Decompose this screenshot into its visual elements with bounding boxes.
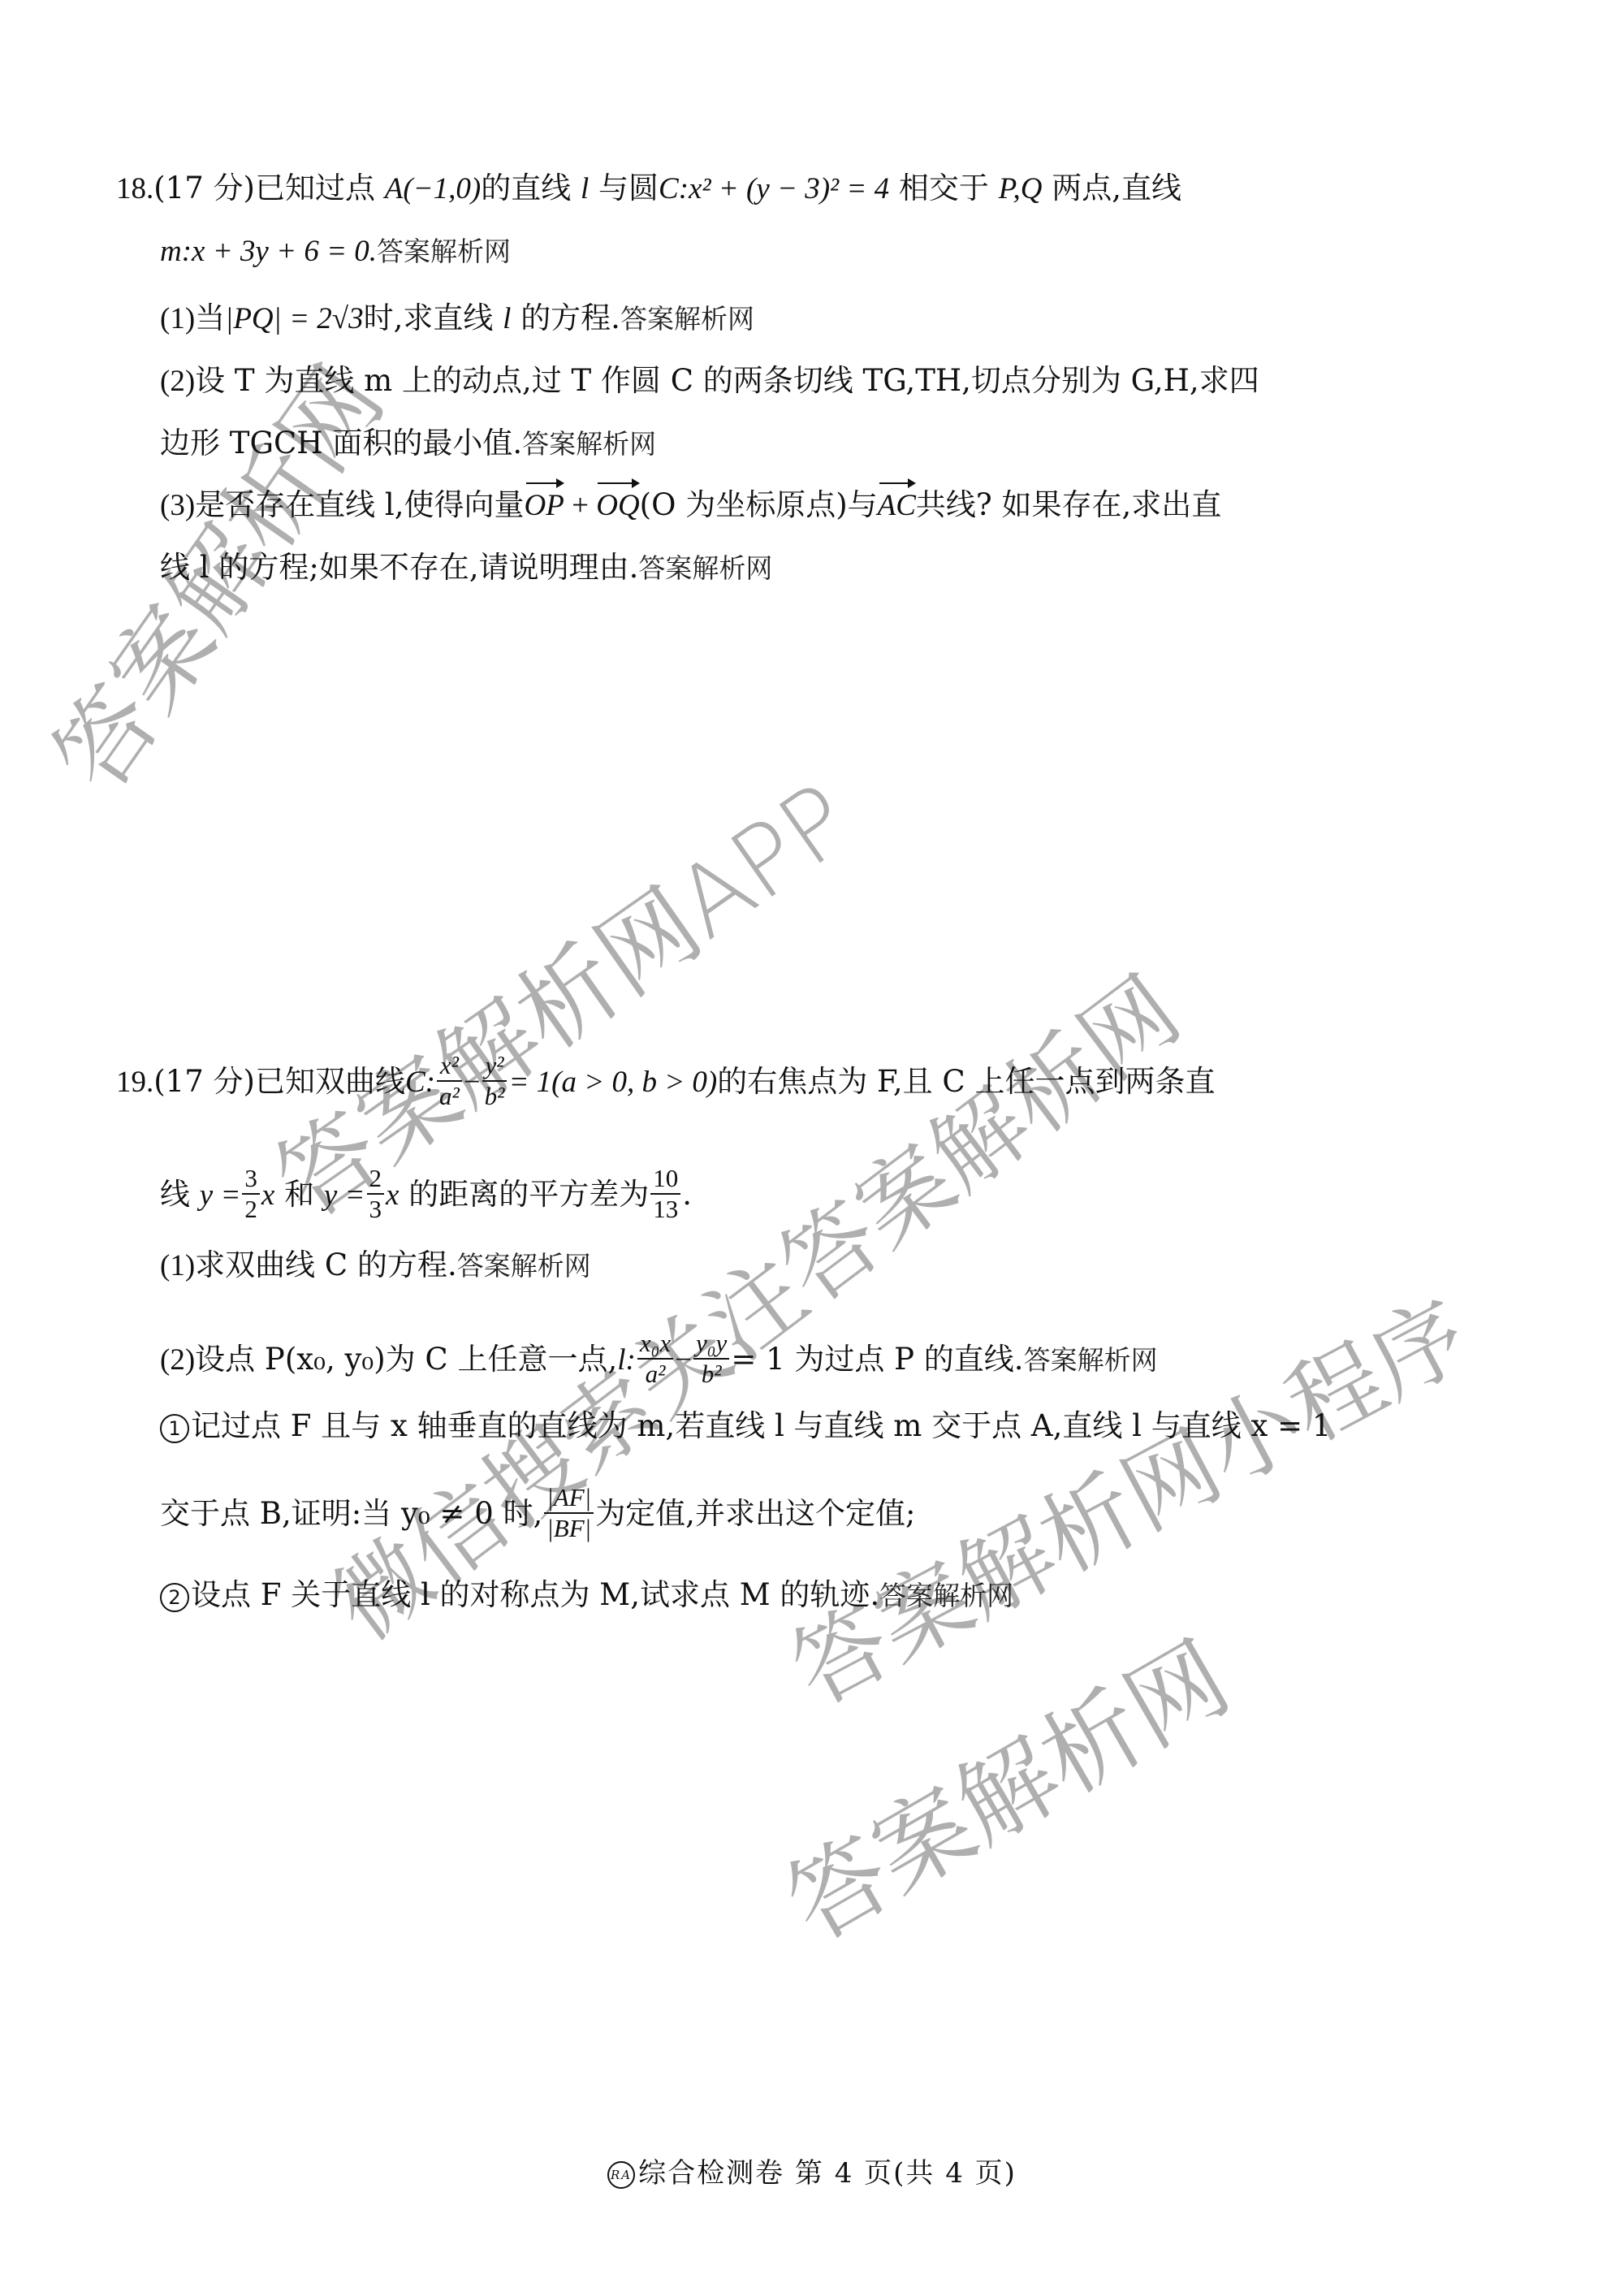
q19-sub1-line2: 交于点 B,证明:当 y₀ ≠ 0 时,|AF||BF|为定值,并求出这个定值; xyxy=(160,1486,915,1546)
fraction-10-13: 1013 xyxy=(650,1164,680,1223)
circled-number-icon: 1 xyxy=(160,1414,189,1443)
q19-sub1-line1: 1记过点 F 且与 x 轴垂直的直线为 m,若直线 l 与直线 m 交于点 A,… xyxy=(160,1411,1331,1443)
q18-part2-line2: 边形 TGCH 面积的最小值.答案解析网 xyxy=(160,428,656,458)
q19-part1: (1)求双曲线 C 的方程.答案解析网 xyxy=(160,1250,591,1281)
text: 记过点 F 且与 x 轴垂直的直线为 m,若直线 l 与直线 m 交于点 A,直… xyxy=(191,1408,1331,1443)
part-label: (2) xyxy=(160,365,195,398)
inline-watermark: 答案解析网 xyxy=(377,236,511,267)
vector-op: OP xyxy=(525,491,564,521)
denominator: |BF| xyxy=(544,1514,594,1543)
denominator: b² xyxy=(482,1082,508,1111)
numerator: y² xyxy=(482,1051,508,1082)
numerator: 10 xyxy=(650,1164,680,1195)
inline-watermark: 答案解析网 xyxy=(522,428,656,460)
text: 当 xyxy=(195,301,225,335)
part-label: (2) xyxy=(160,1343,195,1377)
fraction-2-3: 23 xyxy=(367,1164,385,1223)
question-score: (17 分) xyxy=(153,1064,255,1099)
part-label: (3) xyxy=(160,489,195,522)
fraction-x0x-a2: x₀xa² xyxy=(637,1329,673,1388)
fraction-3-2: 32 xyxy=(242,1164,260,1223)
text: 与圆 xyxy=(598,171,659,205)
inline-watermark: 答案解析网 xyxy=(1024,1344,1158,1376)
question-number: 19. xyxy=(116,1066,153,1099)
numerator: 2 xyxy=(367,1164,385,1195)
text: 和 xyxy=(284,1177,314,1212)
math-var: C: xyxy=(405,1066,435,1099)
q19-part2: (2)设点 P(x₀, y₀)为 C 上任意一点,l:x₀xa²−y₀yb²= … xyxy=(160,1332,1158,1391)
math-line-m: m:x + 3y + 6 = 0. xyxy=(160,235,377,268)
text: 线 xyxy=(160,1177,190,1212)
text: 设点 F 关于直线 l 的对称点为 M,试求点 M 的轨迹. xyxy=(191,1577,879,1612)
math-var: l xyxy=(581,172,589,205)
watermark-text: 微信搜索关注答案解析网 xyxy=(301,940,1203,1665)
inline-watermark: 答案解析网 xyxy=(879,1580,1013,1611)
text: 的直线 xyxy=(481,171,571,205)
fraction-x2-a2: x²a² xyxy=(437,1051,462,1110)
math-y-eq: y = xyxy=(200,1178,241,1212)
denominator: 3 xyxy=(367,1195,385,1224)
text: 为定值,并求出这个定值; xyxy=(595,1496,915,1531)
text: 时,求直线 xyxy=(364,301,494,335)
text: − xyxy=(675,1343,692,1377)
text: 是否存在直线 l,使得向量 xyxy=(195,487,524,522)
numerator: 3 xyxy=(242,1164,260,1195)
text: . xyxy=(682,1177,692,1212)
q18-part2-line1: (2)设 T 为直线 m 上的动点,过 T 作圆 C 的两条切线 TG,TH,切… xyxy=(160,365,1259,396)
text: (O 为坐标原点)与 xyxy=(640,487,878,522)
fraction-y2-b2: y²b² xyxy=(482,1051,508,1110)
question-score: (17 分) xyxy=(153,171,255,205)
inline-watermark: 答案解析网 xyxy=(638,552,772,584)
math-var: P,Q xyxy=(999,172,1043,205)
watermark-text: 答案解析网 xyxy=(758,1602,1250,1967)
text: 的方程. xyxy=(520,301,620,335)
q18-part3-line1: (3)是否存在直线 l,使得向量OP + OQ(O 为坐标原点)与AC共线? 如… xyxy=(160,490,1221,521)
text: 的距离的平方差为 xyxy=(408,1177,649,1212)
text: 设点 P(x₀, y₀)为 C 上任意一点, xyxy=(195,1342,617,1377)
fraction-af-bf: |AF||BF| xyxy=(544,1483,594,1542)
math-var: x xyxy=(261,1178,274,1212)
part-label: (1) xyxy=(160,1249,195,1282)
math-var: l: xyxy=(617,1343,636,1377)
text: 边形 TGCH 面积的最小值. xyxy=(160,426,522,460)
ra-logo-icon: RA xyxy=(607,2161,635,2189)
vector-ac: AC xyxy=(878,491,916,521)
inline-watermark: 答案解析网 xyxy=(457,1250,591,1282)
q18-stem-line2: m:x + 3y + 6 = 0.答案解析网 xyxy=(160,236,511,266)
text: 的右焦点为 F,且 C 上任一点到两条直 xyxy=(717,1064,1215,1099)
text: 两点,直线 xyxy=(1052,171,1181,205)
page-footer: RA综合检测卷 第 4 页(共 4 页) xyxy=(0,2151,1624,2190)
numerator: y₀y xyxy=(693,1329,729,1360)
denominator: b² xyxy=(693,1360,729,1389)
math-point-a: A(−1,0) xyxy=(385,172,481,205)
text: 线 l 的方程;如果不存在,请说明理由. xyxy=(160,550,638,585)
denominator: 2 xyxy=(242,1195,260,1224)
q19-stem-line1: 19.(17 分)已知双曲线C:x²a²−y²b²= 1(a > 0, b > … xyxy=(116,1054,1216,1113)
text: + xyxy=(564,489,596,522)
text: 求双曲线 C 的方程. xyxy=(195,1247,457,1282)
text: − xyxy=(464,1066,481,1099)
text: 交于点 B,证明:当 y₀ ≠ 0 时, xyxy=(160,1496,542,1531)
text: 已知过点 xyxy=(255,171,375,205)
text: 共线? 如果存在,求出直 xyxy=(916,487,1221,522)
numerator: x₀x xyxy=(637,1329,673,1360)
q19-sub2: 2设点 F 关于直线 l 的对称点为 M,试求点 M 的轨迹.答案解析网 xyxy=(160,1580,1013,1612)
numerator: x² xyxy=(437,1051,462,1082)
circled-number-icon: 2 xyxy=(160,1583,189,1612)
text: 已知双曲线 xyxy=(255,1064,405,1099)
text: 设 T 为直线 m 上的动点,过 T 作圆 C 的两条切线 TG,TH,切点分别… xyxy=(195,363,1259,398)
q18-part3-line2: 线 l 的方程;如果不存在,请说明理由.答案解析网 xyxy=(160,552,772,582)
numerator: |AF| xyxy=(544,1483,594,1514)
denominator: a² xyxy=(437,1082,462,1111)
denominator: a² xyxy=(637,1360,673,1389)
vector-oq: OQ xyxy=(596,491,639,521)
text: 相交于 xyxy=(899,171,989,205)
text: = 1 为过点 P 的直线. xyxy=(731,1342,1023,1377)
denominator: 13 xyxy=(650,1195,680,1224)
math-pq: |PQ| = 2√3 xyxy=(225,302,363,335)
q18-part1: (1)当|PQ| = 2√3时,求直线 l 的方程.答案解析网 xyxy=(160,303,754,334)
math-condition: = 1(a > 0, b > 0) xyxy=(508,1066,717,1099)
math-var: x xyxy=(386,1178,399,1212)
math-var: l xyxy=(503,302,511,335)
footer-text: 综合检测卷 第 4 页(共 4 页) xyxy=(638,2157,1017,2190)
question-number: 18. xyxy=(116,172,153,205)
math-circle: C:x² + (y − 3)² = 4 xyxy=(659,172,889,205)
fraction-y0y-b2: y₀yb² xyxy=(693,1329,729,1388)
q18-stem-line1: 18.(17 分)已知过点 A(−1,0)的直线 l 与圆C:x² + (y −… xyxy=(116,173,1181,204)
q19-stem-line2: 线 y =32x 和 y =23x 的距离的平方差为1013. xyxy=(160,1167,692,1226)
inline-watermark: 答案解析网 xyxy=(620,303,754,335)
part-label: (1) xyxy=(160,302,195,335)
math-y-eq: y = xyxy=(324,1178,365,1212)
